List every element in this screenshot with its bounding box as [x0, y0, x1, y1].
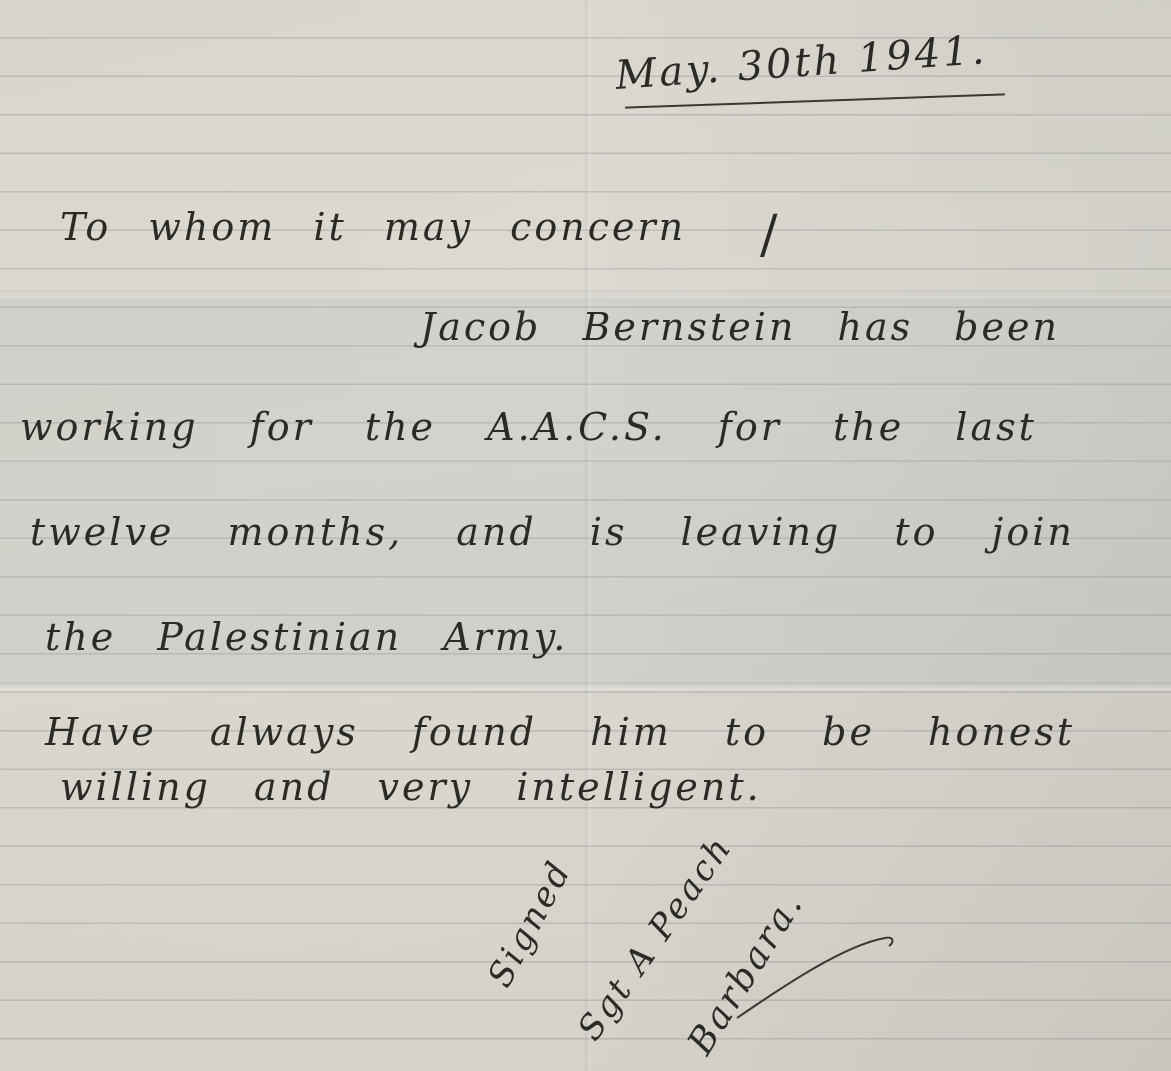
signature-flourish: [735, 930, 895, 1020]
date-underline: [625, 93, 1005, 108]
body-line: Have always found him to be honest: [45, 710, 1075, 754]
signed-label: Signed: [480, 853, 580, 993]
body-line: the Palestinian Army.: [45, 615, 568, 659]
letter-date: May. 30th 1941.: [614, 27, 989, 99]
body-line: Jacob Bernstein has been: [420, 305, 1060, 349]
salutation: To whom it may concern: [60, 205, 686, 249]
letter-paper: May. 30th 1941. To whom it may concern /…: [0, 0, 1171, 1071]
body-line: twelve months, and is leaving to join: [30, 510, 1075, 554]
body-line: willing and very intelligent.: [60, 765, 762, 809]
salutation-slash: /: [760, 205, 781, 265]
body-line: working for the A.A.C.S. for the last: [20, 405, 1037, 449]
